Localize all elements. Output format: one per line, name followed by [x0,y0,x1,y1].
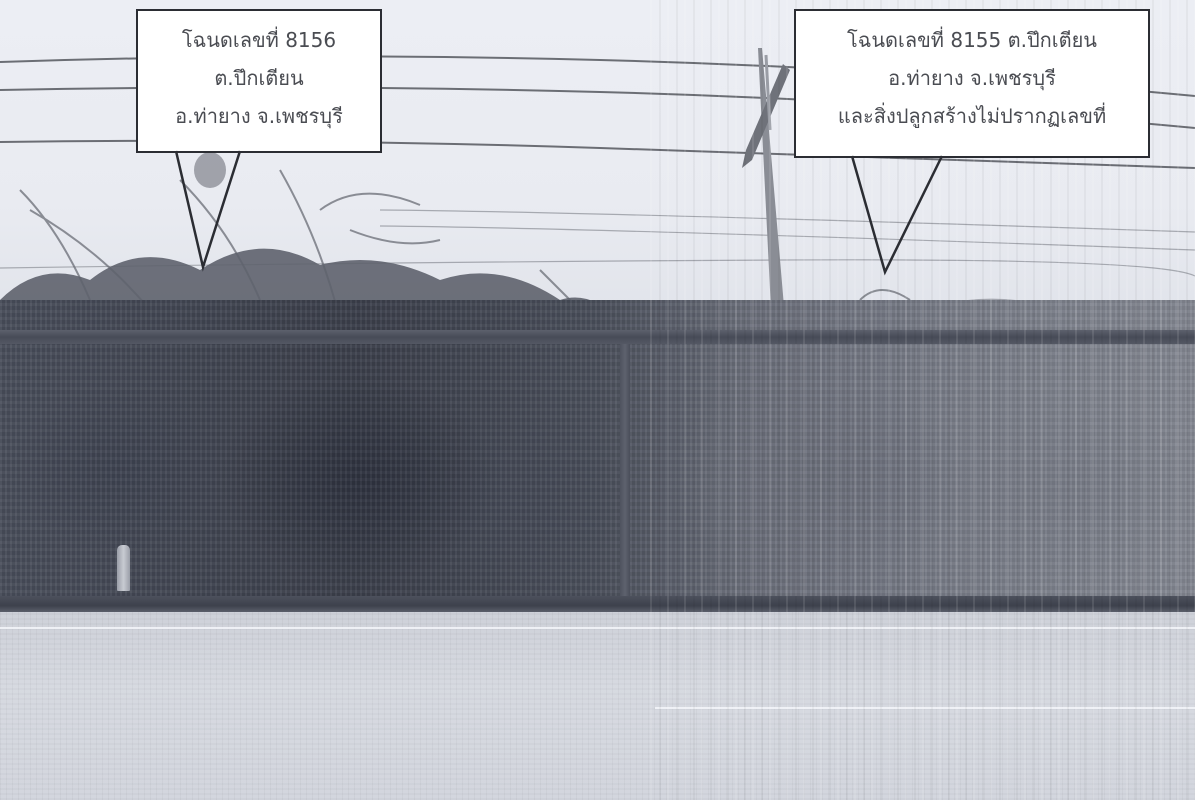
callout-district-province: อ.ท่ายาง จ.เพชรบุรี [796,59,1148,97]
callout-deed-number: โฉนดเลขที่ 8155 ต.ปึกเตียน [796,21,1148,59]
road-marking-line [0,627,1195,629]
road-marking-line [655,707,1195,709]
callout-subdistrict: ต.ปึกเตียน [138,59,380,97]
property-photo: โฉนดเลขที่ 8156 ต.ปึกเตียน อ.ท่ายาง จ.เพ… [0,0,1195,800]
road-curb [0,596,1195,612]
boundary-marker-post [117,545,130,591]
callout-deed-number: โฉนดเลขที่ 8156 [138,21,380,59]
callout-pointer-left [174,149,244,271]
road-texture [0,612,1195,800]
callout-deed-8156: โฉนดเลขที่ 8156 ต.ปึกเตียน อ.ท่ายาง จ.เพ… [136,9,382,153]
callout-district-province: อ.ท่ายาง จ.เพชรบุรี [138,97,380,135]
utility-pole [742,48,790,330]
vegetation-texture [0,300,1195,600]
guardrail-top-bar [0,330,1195,344]
callout-pointer-right [850,154,946,276]
guardrail-post [620,344,630,596]
callout-building-note: และสิ่งปลูกสร้างไม่ปรากฏเลขที่ [796,97,1148,135]
callout-deed-8155: โฉนดเลขที่ 8155 ต.ปึกเตียน อ.ท่ายาง จ.เพ… [794,9,1150,158]
